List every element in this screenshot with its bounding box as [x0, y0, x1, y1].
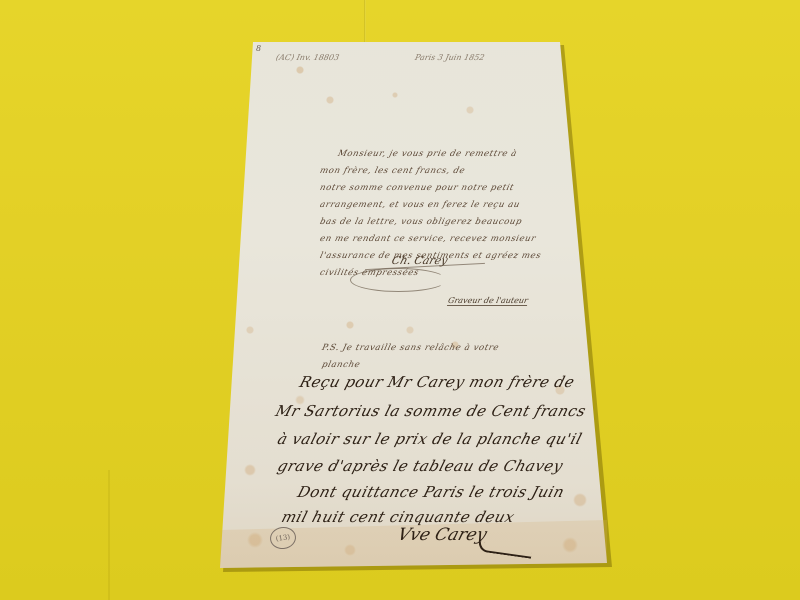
receipt-line: à valoir sur le prix de la planche qu'il: [275, 430, 584, 448]
letter-line: Monsieur, je vous prie de remettre à: [337, 149, 518, 159]
backdrop-crease: [108, 470, 110, 600]
header-reference: (AC) Inv. 18803: [275, 53, 340, 62]
corner-mark: 8: [256, 44, 261, 53]
receipt-signature: Vve Carey: [395, 525, 489, 545]
letter-line: notre somme convenue pour notre petit: [319, 183, 515, 193]
letter-line: mon frère, les cent francs, de: [319, 166, 467, 176]
letter-signature-title: Graveur de l'auteur: [447, 296, 529, 306]
letter-line: bas de la lettre, vous obligerez beaucou…: [319, 217, 523, 227]
backdrop-fold: [364, 0, 366, 44]
signature-flourish: [350, 268, 447, 292]
receipt-line: mil huit cent cinquante deux: [279, 508, 516, 526]
receipt-line: Mr Sartorius la somme de Cent francs: [273, 402, 588, 420]
receipt-line: Reçu pour Mr Carey mon frère de: [297, 373, 576, 391]
receipt-line: grave d'après le tableau de Chavey: [275, 457, 565, 475]
header-place-date: Paris 3 Juin 1852: [414, 53, 485, 62]
postscript-line: planche: [321, 360, 362, 370]
letter-line: arrangement, et vous en ferez le reçu au: [319, 200, 521, 210]
letter-line: en me rendant ce service, recevez monsie…: [319, 234, 537, 244]
receipt-line: Dont quittance Paris le trois Juin: [295, 483, 566, 501]
postscript-line: P.S. Je travaille sans relâche à votre: [321, 343, 500, 353]
letter-signature: Ch. Carey: [390, 254, 449, 267]
